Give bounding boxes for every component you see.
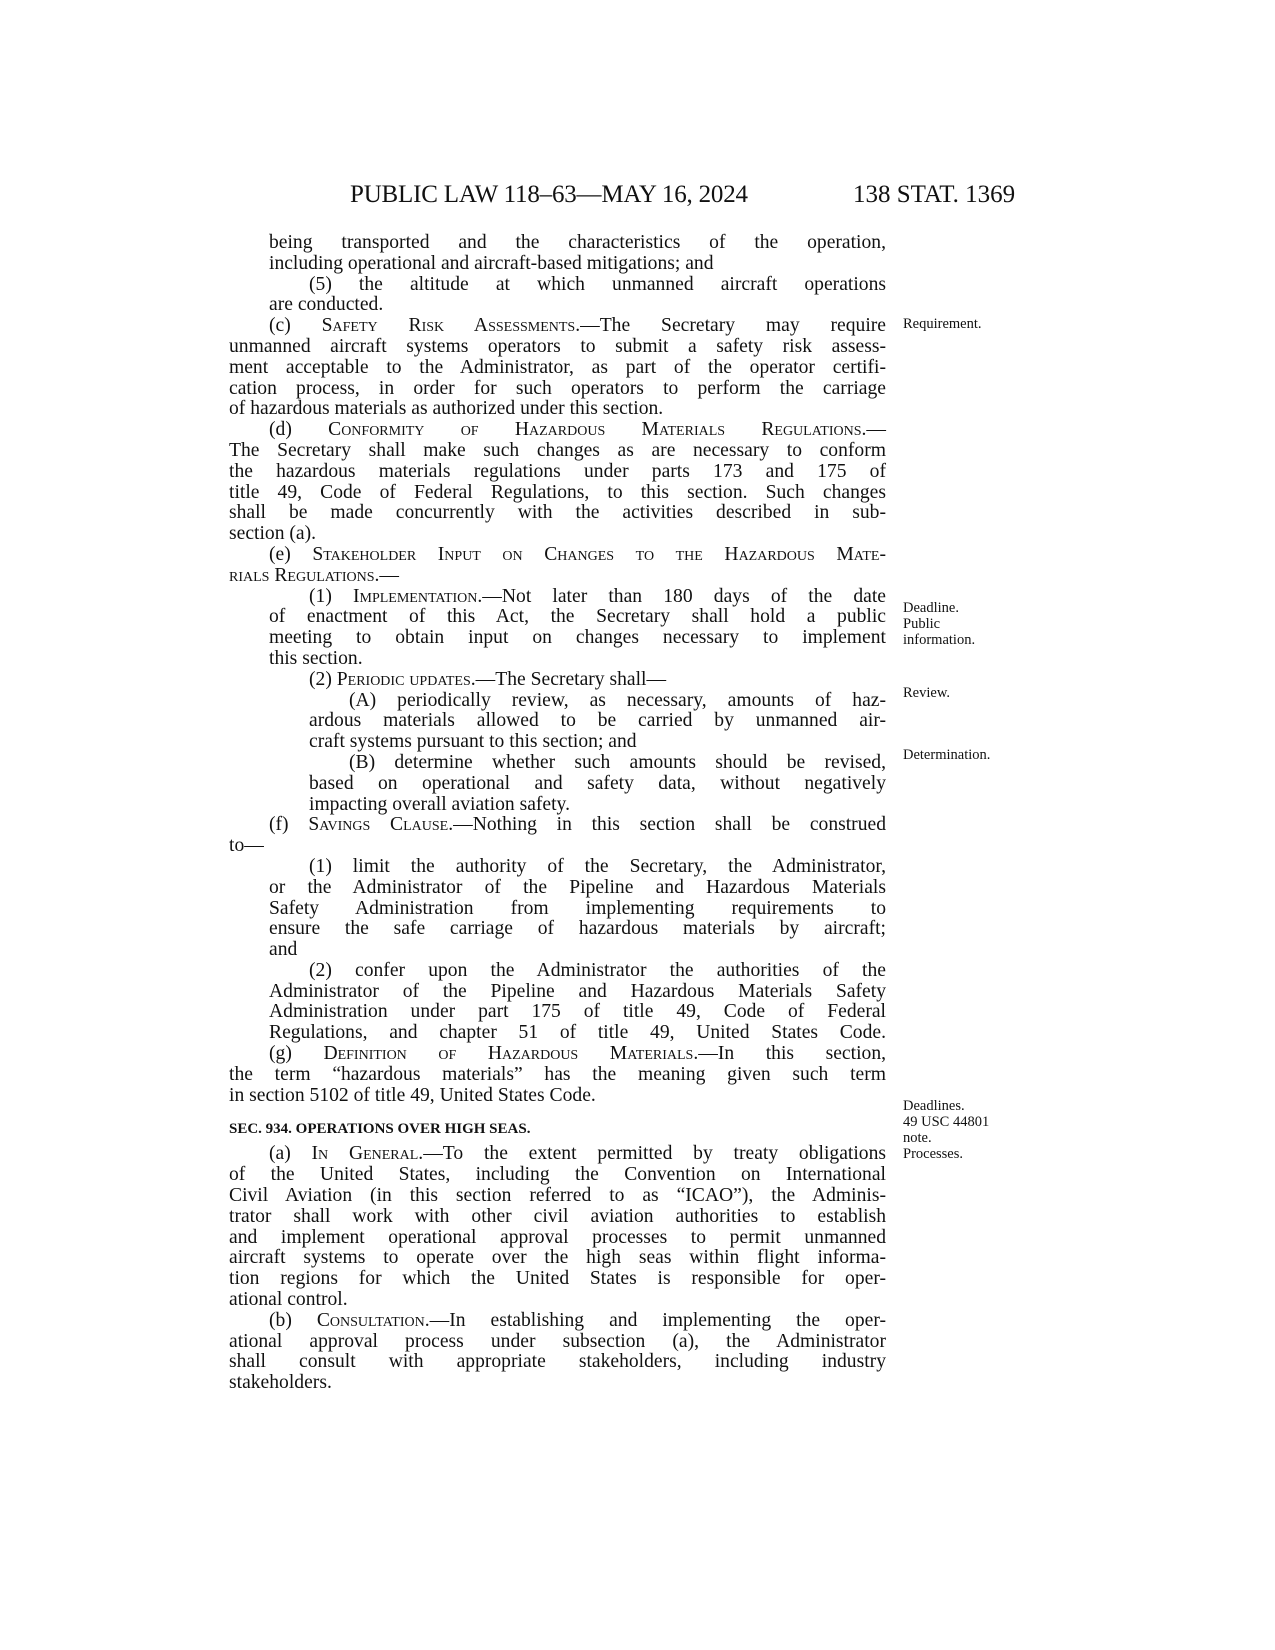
paragraph-heading: Implementation. — [353, 586, 482, 607]
text-line: rials Regulations.— — [229, 566, 886, 587]
text-line: impacting overall aviation safety. — [229, 795, 886, 816]
margin-note: Review. — [903, 685, 950, 701]
text-line: and implement operational approval proce… — [229, 1228, 886, 1249]
margin-note: 49 USC 44801 — [903, 1114, 989, 1130]
text-line: Regulations, and chapter 51 of title 49,… — [229, 1023, 886, 1044]
subsection-b: (b) Consultation.—In establishing and im… — [229, 1311, 886, 1332]
text-line: Administration under part 175 of title 4… — [229, 1002, 886, 1023]
text-line: stakeholders. — [229, 1373, 886, 1394]
subparagraph-B: (B) determine whether such amounts shoul… — [229, 753, 886, 774]
text-line: are conducted. — [229, 295, 886, 316]
margin-note: information. — [903, 632, 975, 648]
text-line: or the Administrator of the Pipeline and… — [229, 878, 886, 899]
subsection-heading: Savings Clause. — [308, 814, 453, 835]
text-line: ment acceptable to the Administrator, as… — [229, 358, 886, 379]
text-line: Safety Administration from implementing … — [229, 899, 886, 920]
text-line: being transported and the characteristic… — [229, 233, 886, 254]
text-line: ensure the safe carriage of hazardous ma… — [229, 919, 886, 940]
body-text: being transported and the characteristic… — [229, 233, 886, 1394]
subsection-c: (c) Safety Risk Assessments.—The Secreta… — [229, 316, 886, 337]
subsection-g: (g) Definition of Hazardous Materials.—I… — [229, 1044, 886, 1065]
paragraph-f2: (2) confer upon the Administrator the au… — [229, 961, 886, 982]
subsection-heading: Safety Risk Assessments. — [322, 315, 581, 336]
margin-note: note. — [903, 1130, 932, 1146]
text-line: cation process, in order for such operat… — [229, 379, 886, 400]
law-title: PUBLIC LAW 118–63—MAY 16, 2024 — [350, 181, 748, 209]
subparagraph-A: (A) periodically review, as necessary, a… — [229, 691, 886, 712]
text-line: Administrator of the Pipeline and Hazard… — [229, 982, 886, 1003]
subsection-e: (e) Stakeholder Input on Changes to the … — [229, 545, 886, 566]
text-line: (5) the altitude at which unmanned aircr… — [229, 275, 886, 296]
subsection-heading: Stakeholder Input on Changes to the Haza… — [312, 544, 886, 565]
text-line: trator shall work with other civil aviat… — [229, 1207, 886, 1228]
text-line: section (a). — [229, 524, 886, 545]
subsection-a: (a) In General.—To the extent permitted … — [229, 1144, 886, 1165]
text-line: aircraft systems to operate over the hig… — [229, 1248, 886, 1269]
text-line: ational control. — [229, 1290, 886, 1311]
subsection-heading: In General. — [312, 1143, 424, 1164]
text-line: of the United States, including the Conv… — [229, 1165, 886, 1186]
page-header: PUBLIC LAW 118–63—MAY 16, 2024 138 STAT.… — [0, 181, 1275, 211]
text-line: the hazardous materials regulations unde… — [229, 462, 886, 483]
text-line: based on operational and safety data, wi… — [229, 774, 886, 795]
paragraph-e2: (2) Periodic updates.—The Secretary shal… — [229, 670, 886, 691]
section-heading: SEC. 934. OPERATIONS OVER HIGH SEAS. — [229, 1116, 886, 1144]
text-line: shall consult with appropriate stakehold… — [229, 1352, 886, 1373]
text-line: this section. — [229, 649, 886, 670]
text-line: to— — [229, 836, 886, 857]
text-line: tion regions for which the United States… — [229, 1269, 886, 1290]
margin-note: Processes. — [903, 1146, 963, 1162]
margin-note: Determination. — [903, 747, 990, 763]
subsection-heading: Consultation. — [317, 1310, 430, 1331]
text-line: including operational and aircraft-based… — [229, 254, 886, 275]
subsection-heading: Conformity of Hazardous Materials Regula… — [328, 419, 866, 440]
margin-note: Public — [903, 616, 940, 632]
paragraph-heading: Periodic updates. — [337, 669, 476, 690]
subsection-f: (f) Savings Clause.—Nothing in this sect… — [229, 815, 886, 836]
text-line: title 49, Code of Federal Regulations, t… — [229, 483, 886, 504]
text-line: unmanned aircraft systems operators to s… — [229, 337, 886, 358]
text-line: ardous materials allowed to be carried b… — [229, 711, 886, 732]
text-line: ational approval process under subsectio… — [229, 1332, 886, 1353]
text-line: craft systems pursuant to this section; … — [229, 732, 886, 753]
margin-note: Requirement. — [903, 316, 982, 332]
text-line: of hazardous materials as authorized und… — [229, 399, 886, 420]
text-line: Civil Aviation (in this section referred… — [229, 1186, 886, 1207]
margin-note: Deadlines. — [903, 1098, 965, 1114]
statute-page-number: 138 STAT. 1369 — [853, 181, 1015, 209]
paragraph-f1: (1) limit the authority of the Secretary… — [229, 857, 886, 878]
margin-note: Deadline. — [903, 600, 959, 616]
text-line: meeting to obtain input on changes neces… — [229, 628, 886, 649]
paragraph-e1: (1) Implementation.—Not later than 180 d… — [229, 587, 886, 608]
text-line: the term “hazardous materials” has the m… — [229, 1065, 886, 1086]
text-line: of enactment of this Act, the Secretary … — [229, 607, 886, 628]
text-line: and — [229, 940, 886, 961]
subsection-d: (d) Conformity of Hazardous Materials Re… — [229, 420, 886, 441]
text-line: The Secretary shall make such changes as… — [229, 441, 886, 462]
text-line: shall be made concurrently with the acti… — [229, 503, 886, 524]
text-line: in section 5102 of title 49, United Stat… — [229, 1086, 886, 1107]
subsection-heading: Definition of Hazardous Materials. — [323, 1043, 698, 1064]
